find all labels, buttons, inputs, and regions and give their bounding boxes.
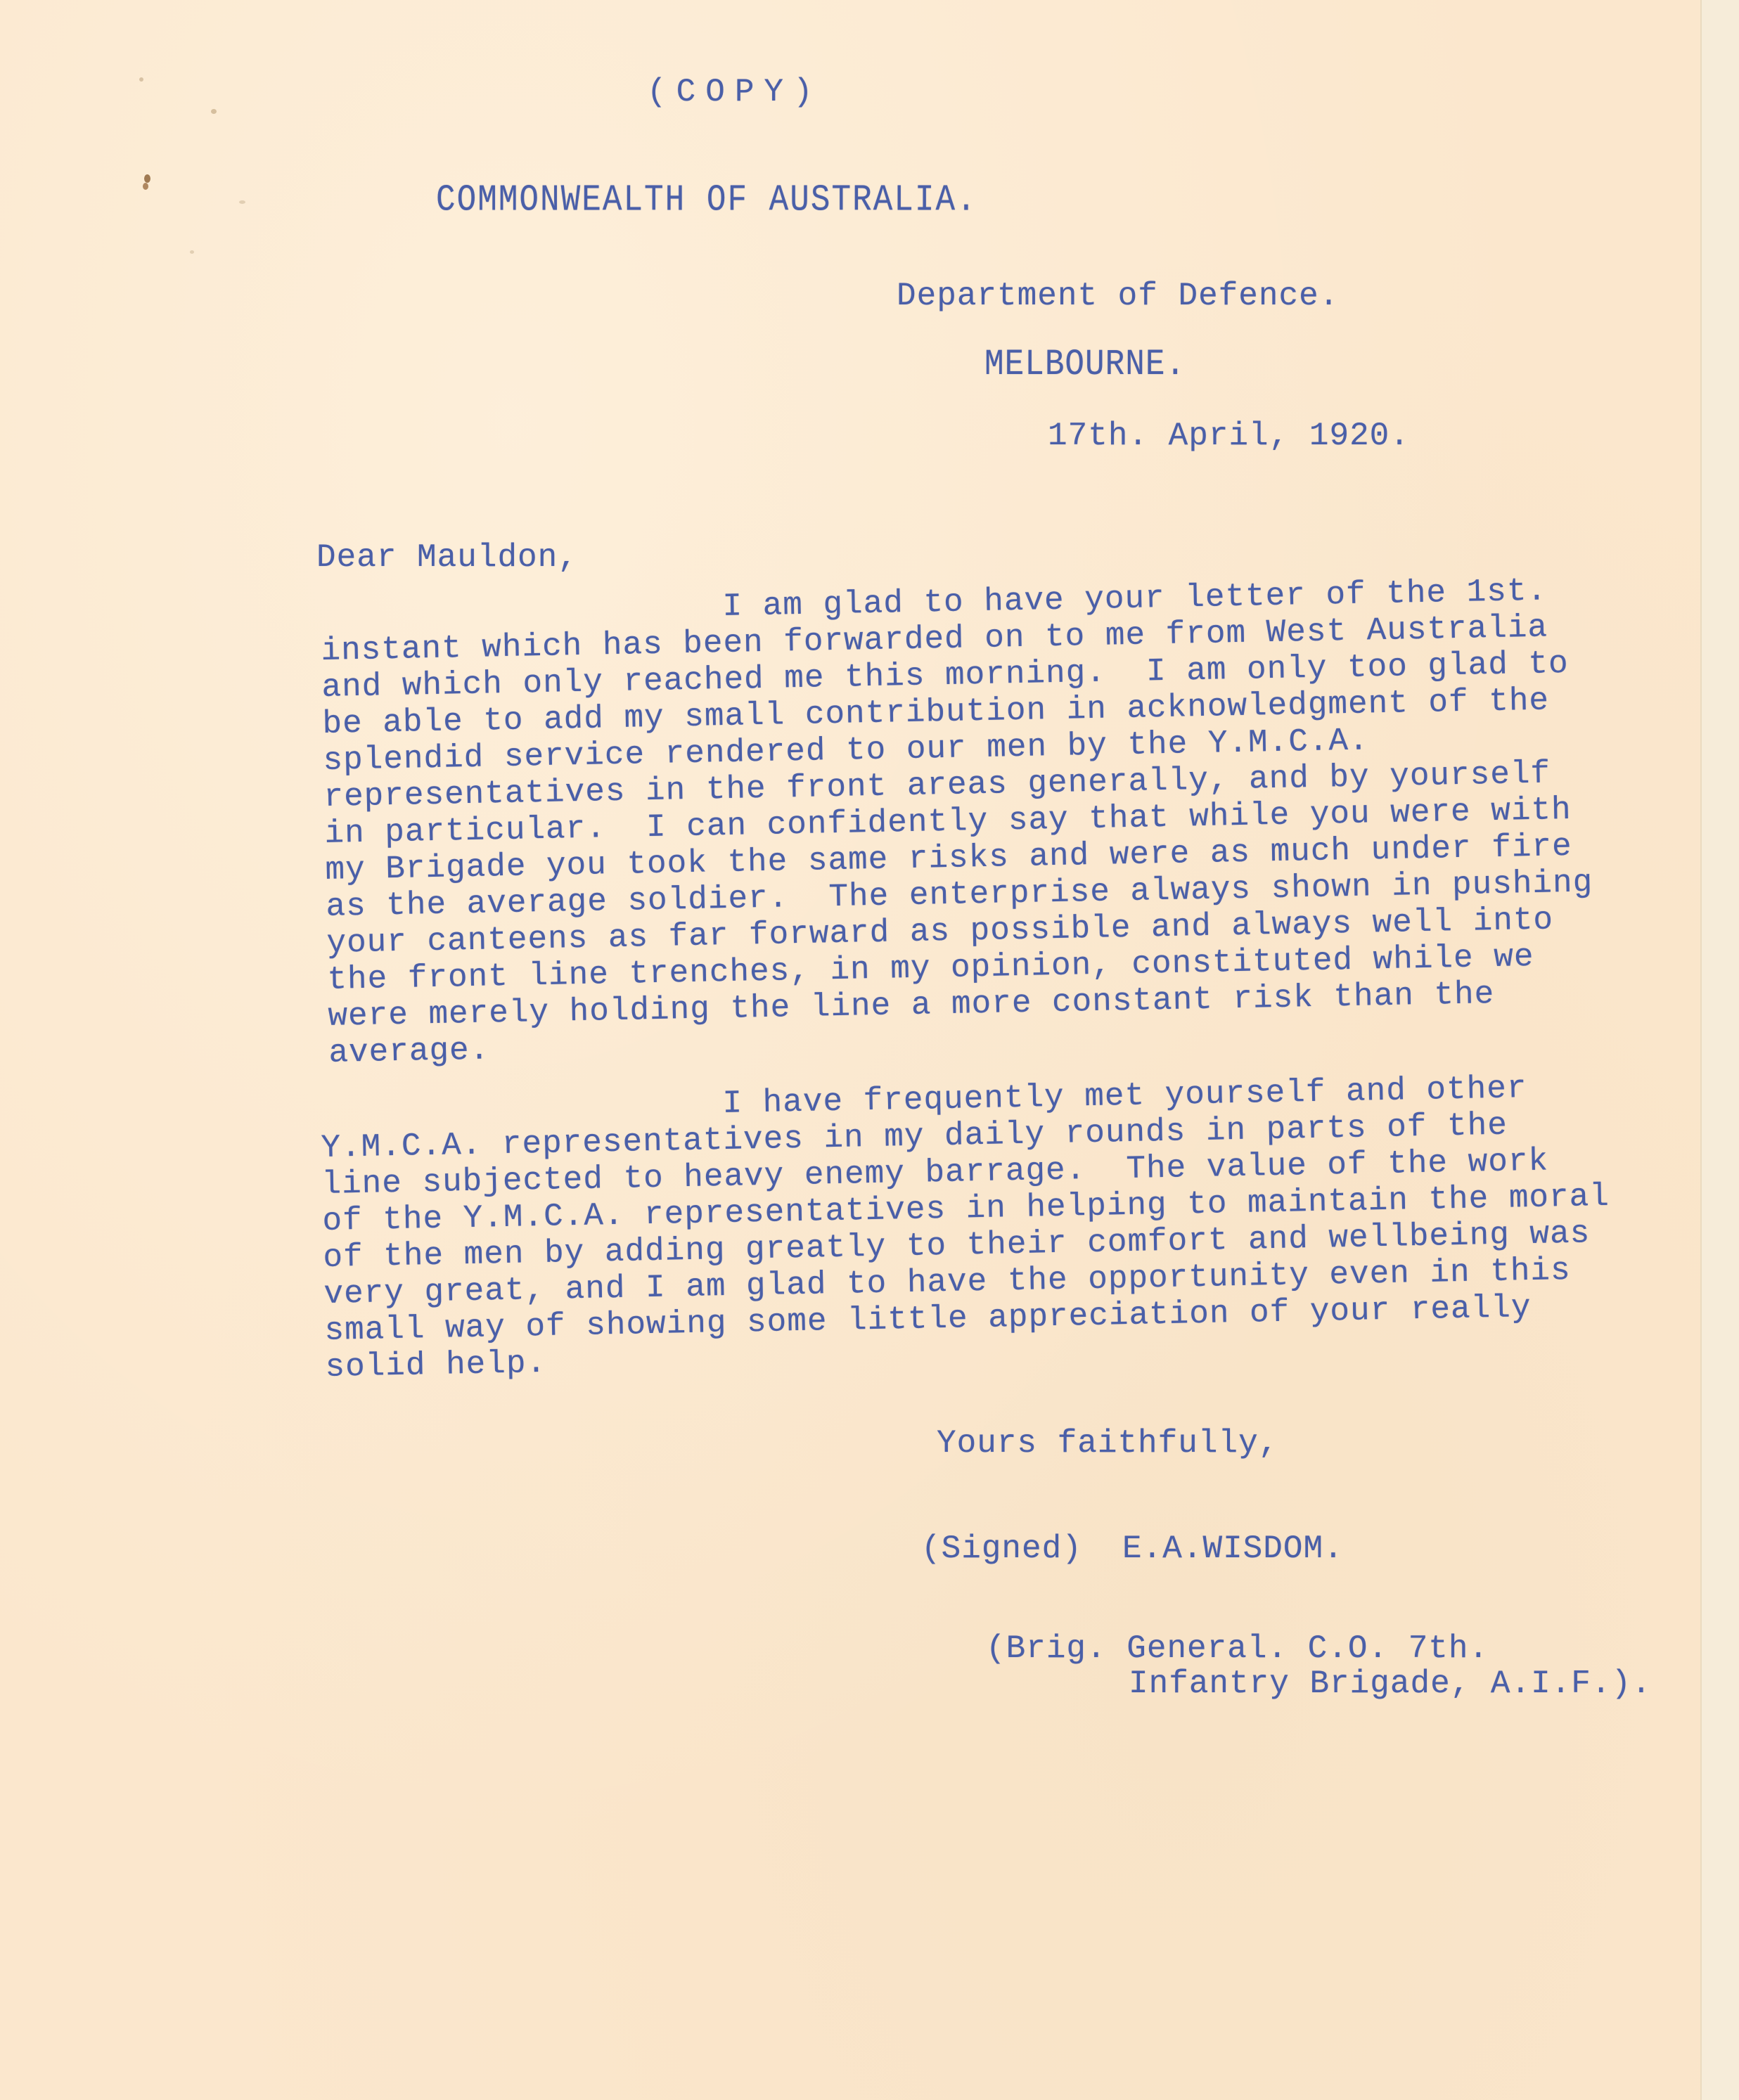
stain-mark: [143, 183, 148, 190]
letterhead-organisation: COMMONWEALTH OF AUSTRALIA.: [436, 181, 977, 219]
page-edge: [1700, 0, 1739, 2100]
signature: (Signed) E.A.WISDOM.: [921, 1533, 1344, 1565]
stain-mark: [144, 174, 150, 183]
salutation: Dear Mauldon,: [316, 541, 578, 574]
copy-mark: (COPY): [647, 76, 823, 108]
closing: Yours faithfully,: [937, 1427, 1278, 1460]
signatory-title-line-2: Infantry Brigade, A.I.F.).: [1129, 1668, 1652, 1700]
stain-mark: [190, 250, 194, 254]
stain-mark: [139, 77, 143, 82]
body-paragraph-1: I am glad to have your letter of the 1st…: [320, 572, 1596, 1071]
stain-mark: [239, 200, 245, 204]
stain-mark: [211, 109, 217, 114]
signatory-title-line-1: (Brig. General. C.O. 7th.: [986, 1632, 1489, 1665]
letterhead-city: MELBOURNE.: [984, 347, 1186, 383]
letterhead-department: Department of Defence.: [897, 280, 1339, 312]
body-paragraph-2: I have frequently met yourself and other…: [320, 1069, 1612, 1386]
letter-date: 17th. April, 1920.: [1048, 420, 1410, 452]
